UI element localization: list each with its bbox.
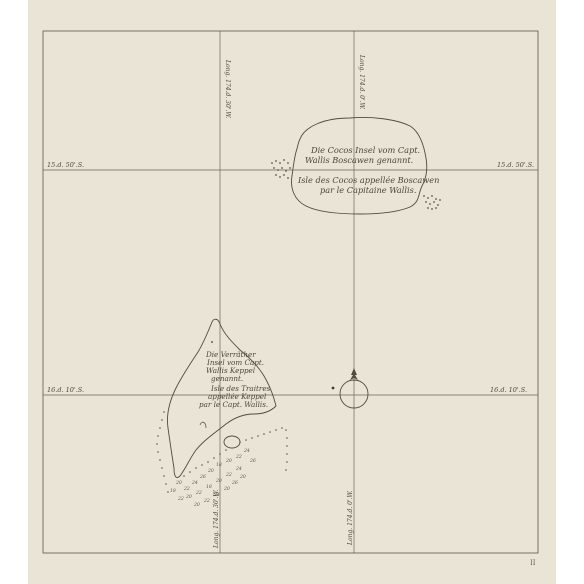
svg-text:22: 22 xyxy=(183,486,190,492)
svg-text:22: 22 xyxy=(195,490,202,496)
latitude-label-lower-right: 16.d. 10'.S. xyxy=(490,386,527,394)
island-cocos-outline xyxy=(292,117,427,214)
map-engraving: 15.d. 50'.S. 15.d. 50'.S. 16.d. 10'.S. 1… xyxy=(0,0,584,584)
svg-text:22: 22 xyxy=(177,496,184,502)
islet-outline xyxy=(224,436,240,448)
cocos-title-line1: Die Cocos Insel vom Capt. xyxy=(310,145,420,155)
svg-text:18: 18 xyxy=(206,484,212,490)
svg-text:18: 18 xyxy=(216,462,222,468)
svg-text:20: 20 xyxy=(225,458,232,464)
svg-text:20: 20 xyxy=(223,486,230,492)
svg-text:24: 24 xyxy=(235,466,242,472)
svg-text:26: 26 xyxy=(199,474,206,480)
longitude-label-bottom-left: Long. 174.d. 30'.W. xyxy=(213,490,220,549)
svg-text:20: 20 xyxy=(193,502,200,508)
svg-text:26: 26 xyxy=(249,458,256,464)
traitres-title-line4: genannt. xyxy=(211,374,243,383)
svg-text:20: 20 xyxy=(185,494,192,500)
svg-text:20: 20 xyxy=(215,478,222,484)
svg-text:22: 22 xyxy=(235,454,242,460)
svg-text:22: 22 xyxy=(203,498,210,504)
plate-mark: II xyxy=(530,559,536,567)
map-border xyxy=(43,31,538,553)
coast-detail xyxy=(200,422,206,428)
reef-dots-cocos-east xyxy=(423,195,441,210)
longitude-label-top-left: Long. 174.d. 30'.W. xyxy=(224,59,231,118)
longitude-label-top-right: Long. 174.d. 0'.W. xyxy=(358,54,365,110)
svg-text:24: 24 xyxy=(191,480,198,486)
svg-text:26: 26 xyxy=(231,480,238,486)
svg-text:20: 20 xyxy=(207,468,214,474)
svg-text:24: 24 xyxy=(213,492,220,498)
svg-text:22: 22 xyxy=(225,472,232,478)
traitres-title-line7: par le Capt. Wallis. xyxy=(199,400,268,409)
cocos-title-line4: par le Capitaine Wallis. xyxy=(320,185,416,195)
anchor-dot-icon xyxy=(332,387,335,390)
cocos-title-line3: Isle des Cocos appellée Boscawen xyxy=(297,175,439,185)
latitude-label-upper-right: 15.d. 50'.S. xyxy=(497,161,534,169)
svg-text:20: 20 xyxy=(239,474,246,480)
latitude-label-lower-left: 16.d. 10'.S. xyxy=(47,386,84,394)
svg-text:24: 24 xyxy=(243,448,250,454)
longitude-label-bottom-right: Long. 174.d. 0'.W. xyxy=(347,490,354,546)
small-dot-icon xyxy=(211,341,213,343)
svg-text:20: 20 xyxy=(175,480,182,486)
svg-text:18: 18 xyxy=(170,488,176,494)
latitude-label-upper-left: 15.d. 50'.S. xyxy=(47,161,84,169)
reef-dots-cocos-west xyxy=(271,159,291,179)
cocos-title-line2: Wallis Boscawen genannt. xyxy=(305,155,413,165)
